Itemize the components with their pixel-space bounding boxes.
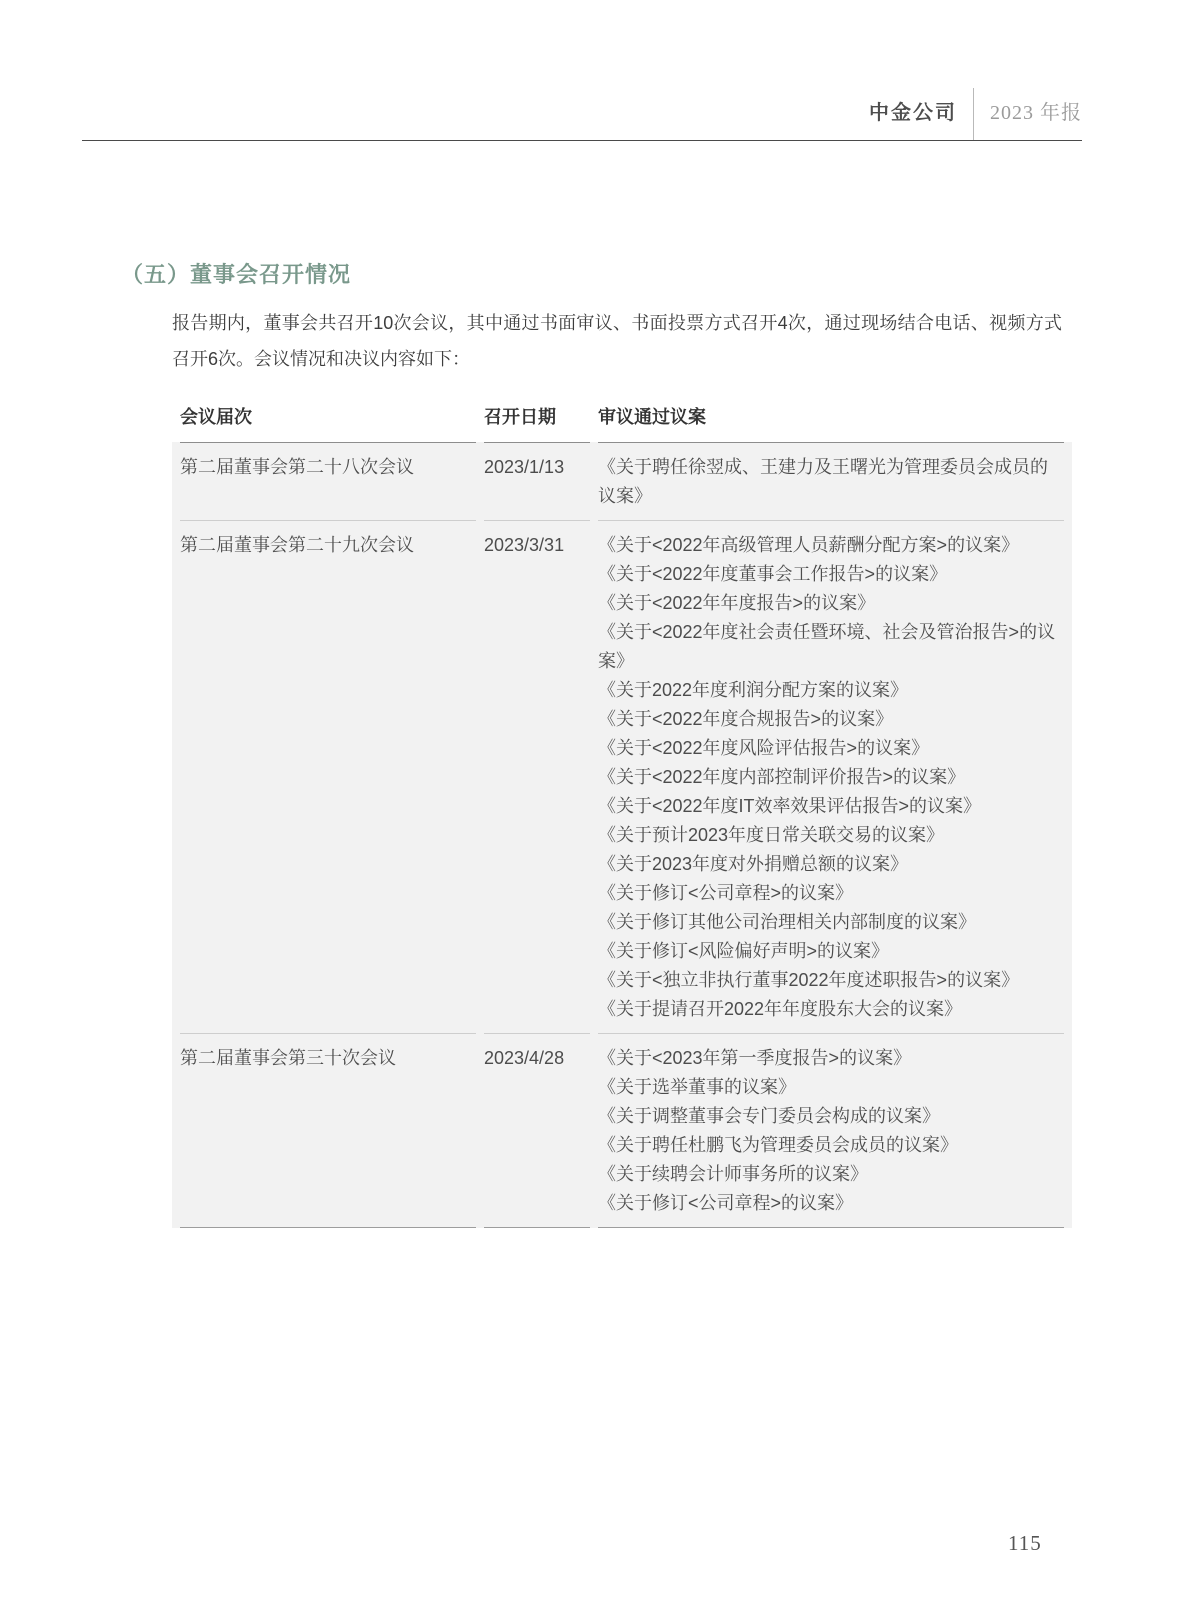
proposal-item: 《关于修订<风险偏好声明>的议案》 <box>598 937 1064 966</box>
col-header-proposals: 审议通过议案 <box>598 392 1064 443</box>
meeting-date: 2023/4/28 <box>484 1034 590 1228</box>
report-title: 2023 年报 <box>974 96 1082 140</box>
proposal-item: 《关于提请召开2022年年度股东大会的议案》 <box>598 995 1064 1024</box>
meeting-date: 2023/1/13 <box>484 443 590 521</box>
proposal-item: 《关于<2022年度IT效率效果评估报告>的议案》 <box>598 792 1064 821</box>
proposal-item: 《关于<独立非执行董事2022年度述职报告>的议案》 <box>598 966 1064 995</box>
proposal-item: 《关于<2023年第一季度报告>的议案》 <box>598 1044 1064 1073</box>
report-page: 中金公司 2023 年报 （五）董事会召开情况 报告期内，董事会共召开10次会议… <box>0 0 1190 1615</box>
proposal-item: 《关于<2022年年度报告>的议案》 <box>598 589 1064 618</box>
proposal-item: 《关于<2022年度社会责任暨环境、社会及管治报告>的议案》 <box>598 618 1064 676</box>
page-number: 115 <box>1008 1531 1042 1556</box>
proposal-item: 《关于2023年度对外捐赠总额的议案》 <box>598 850 1064 879</box>
meeting-session: 第二届董事会第二十九次会议 <box>180 521 476 1034</box>
proposal-item: 《关于<2022年高级管理人员薪酬分配方案>的议案》 <box>598 531 1064 560</box>
meeting-row: 第二届董事会第二十九次会议 2023/3/31 《关于<2022年高级管理人员薪… <box>180 521 1064 1034</box>
proposal-item: 《关于2022年度利润分配方案的议案》 <box>598 676 1064 705</box>
meeting-proposals: 《关于<2022年高级管理人员薪酬分配方案>的议案》《关于<2022年度董事会工… <box>598 521 1064 1034</box>
meeting-session: 第二届董事会第二十八次会议 <box>180 443 476 521</box>
table-header-row: 会议届次 召开日期 审议通过议案 <box>180 392 1064 443</box>
proposal-item: 《关于预计2023年度日常关联交易的议案》 <box>598 821 1064 850</box>
meeting-proposals: 《关于聘任徐翌成、王建力及王曙光为管理委员会成员的议案》 <box>598 443 1064 521</box>
proposal-item: 《关于调整董事会专门委员会构成的议案》 <box>598 1102 1064 1131</box>
running-header: 中金公司 2023 年报 <box>82 88 1082 141</box>
meeting-row: 第二届董事会第二十八次会议 2023/1/13 《关于聘任徐翌成、王建力及王曙光… <box>180 443 1064 521</box>
proposal-item: 《关于修订<公司章程>的议案》 <box>598 879 1064 908</box>
company-name: 中金公司 <box>869 96 973 140</box>
meetings-table-wrap: 会议届次 召开日期 审议通过议案 第二届董事会第二十八次会议 2023/1/13… <box>172 392 1072 1228</box>
col-header-session: 会议届次 <box>180 392 476 443</box>
proposal-item: 《关于<2022年度风险评估报告>的议案》 <box>598 734 1064 763</box>
proposal-item: 《关于聘任徐翌成、王建力及王曙光为管理委员会成员的议案》 <box>598 453 1064 511</box>
meeting-proposals: 《关于<2023年第一季度报告>的议案》《关于选举董事的议案》《关于调整董事会专… <box>598 1034 1064 1228</box>
meeting-date: 2023/3/31 <box>484 521 590 1034</box>
section-title: （五）董事会召开情况 <box>121 258 351 289</box>
proposal-item: 《关于修订其他公司治理相关内部制度的议案》 <box>598 908 1064 937</box>
meeting-session: 第二届董事会第三十次会议 <box>180 1034 476 1228</box>
proposal-item: 《关于聘任杜鹏飞为管理委员会成员的议案》 <box>598 1131 1064 1160</box>
proposal-item: 《关于修订<公司章程>的议案》 <box>598 1189 1064 1218</box>
intro-paragraph: 报告期内，董事会共召开10次会议，其中通过书面审议、书面投票方式召开4次，通过现… <box>172 305 1062 377</box>
col-header-date: 召开日期 <box>484 392 590 443</box>
proposal-item: 《关于选举董事的议案》 <box>598 1073 1064 1102</box>
proposal-item: 《关于<2022年度内部控制评价报告>的议案》 <box>598 763 1064 792</box>
meeting-row: 第二届董事会第三十次会议 2023/4/28 《关于<2023年第一季度报告>的… <box>180 1034 1064 1228</box>
proposal-item: 《关于<2022年度董事会工作报告>的议案》 <box>598 560 1064 589</box>
meetings-table: 会议届次 召开日期 审议通过议案 第二届董事会第二十八次会议 2023/1/13… <box>172 392 1072 1228</box>
proposal-item: 《关于续聘会计师事务所的议案》 <box>598 1160 1064 1189</box>
proposal-item: 《关于<2022年度合规报告>的议案》 <box>598 705 1064 734</box>
